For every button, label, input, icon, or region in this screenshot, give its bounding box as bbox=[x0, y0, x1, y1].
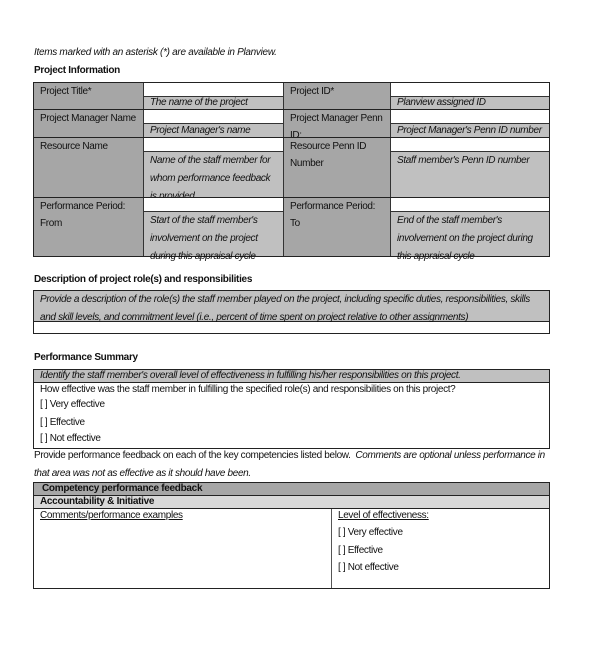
resource-name-field[interactable]: Name of the staff member for whom perfor… bbox=[144, 138, 284, 197]
resource-name-label: Resource Name bbox=[34, 138, 144, 197]
project-information-heading: Project Information bbox=[34, 65, 120, 76]
competency-table: Competency performance feedback Accounta… bbox=[33, 482, 550, 589]
project-id-hint: Planview assigned ID bbox=[391, 97, 549, 109]
competency-option-very-effective[interactable]: [ ] Very effective bbox=[338, 524, 549, 542]
description-hint: Provide a description of the role(s) the… bbox=[34, 291, 549, 322]
competency-title: Competency performance feedback bbox=[34, 483, 549, 496]
performance-period-to-field[interactable]: End of the staff member's involvement on… bbox=[391, 198, 549, 256]
planview-note: Items marked with an asterisk (*) are av… bbox=[34, 47, 277, 58]
performance-period-from-field[interactable]: Start of the staff member's involvement … bbox=[144, 198, 284, 256]
comments-label: Comments/performance examples bbox=[40, 509, 331, 522]
project-manager-penn-id-field[interactable]: Project Manager's Penn ID number bbox=[391, 110, 549, 137]
option-effective[interactable]: [ ] Effective bbox=[34, 414, 549, 432]
project-manager-penn-id-label: Project Manager Penn ID: bbox=[284, 110, 391, 137]
competency-option-not-effective[interactable]: [ ] Not effective bbox=[338, 559, 549, 577]
project-title-label: Project Title* bbox=[34, 83, 144, 109]
performance-summary-hint: Identify the staff member's overall leve… bbox=[34, 370, 549, 383]
project-title-hint: The name of the project bbox=[144, 97, 283, 109]
level-of-effectiveness-label: Level of effectiveness: bbox=[338, 509, 549, 522]
project-id-label: Project ID* bbox=[284, 83, 391, 109]
description-heading: Description of project role(s) and respo… bbox=[34, 274, 252, 285]
performance-period-from-hint: Start of the staff member's involvement … bbox=[144, 212, 283, 266]
project-id-field[interactable]: Planview assigned ID bbox=[391, 83, 549, 109]
project-manager-name-hint: Project Manager's name bbox=[144, 124, 283, 137]
performance-summary-question: How effective was the staff member in fu… bbox=[34, 383, 549, 396]
performance-summary-heading: Performance Summary bbox=[34, 352, 138, 363]
competency-option-effective[interactable]: [ ] Effective bbox=[338, 542, 549, 560]
competency-section-accountability: Accountability & Initiative bbox=[34, 496, 549, 509]
performance-period-from-label: Performance Period: From bbox=[34, 198, 144, 256]
project-title-field[interactable]: The name of the project bbox=[144, 83, 284, 109]
option-very-effective[interactable]: [ ] Very effective bbox=[34, 396, 549, 414]
comments-cell[interactable]: Comments/performance examples bbox=[34, 509, 332, 588]
performance-period-to-hint: End of the staff member's involvement on… bbox=[391, 212, 549, 266]
level-of-effectiveness-cell: Level of effectiveness: [ ] Very effecti… bbox=[332, 509, 549, 588]
project-information-table: Project Title* The name of the project P… bbox=[33, 82, 550, 257]
feedback-instructions-text: Provide performance feedback on each of … bbox=[34, 450, 351, 461]
option-not-effective[interactable]: [ ] Not effective bbox=[34, 431, 549, 446]
resource-penn-id-label: Resource Penn ID Number bbox=[284, 138, 391, 197]
project-manager-name-field[interactable]: Project Manager's name bbox=[144, 110, 284, 137]
performance-summary-table: Identify the staff member's overall leve… bbox=[33, 369, 550, 449]
project-manager-penn-id-hint: Project Manager's Penn ID number bbox=[391, 124, 549, 137]
project-manager-name-label: Project Manager Name bbox=[34, 110, 144, 137]
resource-penn-id-field[interactable]: Staff member's Penn ID number bbox=[391, 138, 549, 197]
performance-period-to-label: Performance Period: To bbox=[284, 198, 391, 256]
resource-penn-id-hint: Staff member's Penn ID number bbox=[391, 152, 549, 170]
description-table: Provide a description of the role(s) the… bbox=[33, 290, 550, 334]
feedback-instructions: Provide performance feedback on each of … bbox=[34, 447, 554, 482]
